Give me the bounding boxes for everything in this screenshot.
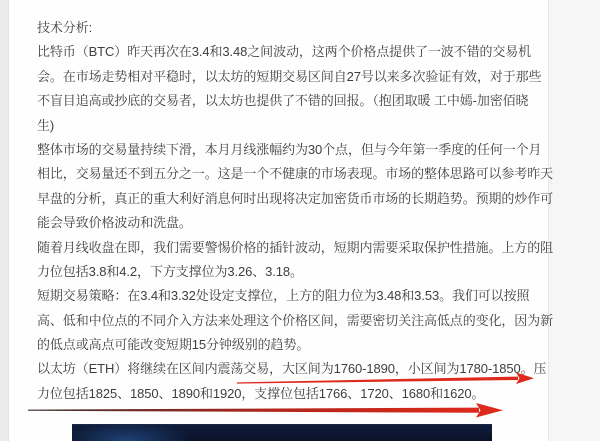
left-margin-strip [0,0,9,441]
text-line: 早盘的分析，真正的重大利好消息何时出现将决定加密货币市场的长期趋势。预期的炒作可 [37,187,552,211]
text-line: 整体市场的交易量持续下滑，本月月线涨幅约为30个点，但与今年第一季度的任何一个月 [37,138,552,162]
text-line: 能会导致价格波动和洗盘。 [37,211,552,235]
text-line: 短期交易策略：在3.4和3.32处设定支撑位，上方的阻力位为3.48和3.53。… [37,284,552,308]
text-line: 的低点或高点可能改变短期15分钟级别的趋势。 [37,333,552,357]
text-line-heading: 技术分析: [37,16,552,40]
embedded-media-thumbnail[interactable] [72,424,492,441]
text-line: 高、低和中位点的不同介入方法来处理这个价格区间，需要密切关注高低点的变化，因为新 [37,309,552,333]
arrow-shaft [28,408,479,413]
text-line: 会。在市场走势相对平稳时，以太坊的短期交易区间自27号以来多次验证有效，对于那些 [37,65,552,89]
right-margin-strip [548,0,600,441]
article-body: 技术分析: 比特币（BTC）昨天再次在3.4和3.48之间波动，这两个价格点提供… [37,16,552,406]
text-line: 不盲目追高或抄底的交易者，以太坊也提供了不错的回报。（抱团取暖 工中嫣-加密佰晓 [37,89,552,113]
text-line: 相比，交易量还不到五分之一。这是一个不健康的市场表现。市场的整体思路可以参考昨天 [37,162,552,186]
article-page: 技术分析: 比特币（BTC）昨天再次在3.4和3.48之间波动，这两个价格点提供… [0,0,600,441]
text-line: 以太坊（ETH）将继续在区间内震荡交易，大区间为1760-1890，小区间为17… [37,357,552,381]
text-line: 随着月线收盘在即，我们需要警惕价格的插针波动，短期内需要采取保护性措施。上方的阻 [37,236,552,260]
text-line: 生) [37,114,552,138]
text-line: 比特币（BTC）昨天再次在3.4和3.48之间波动，这两个价格点提供了一波不错的… [37,40,552,64]
text-line: 力位包括3.8和4.2，下方支撑位为3.26、3.18。 [37,260,552,284]
text-line: 力位包括1825、1850、1890和1920，支撑位包括1766、1720、1… [37,382,552,406]
